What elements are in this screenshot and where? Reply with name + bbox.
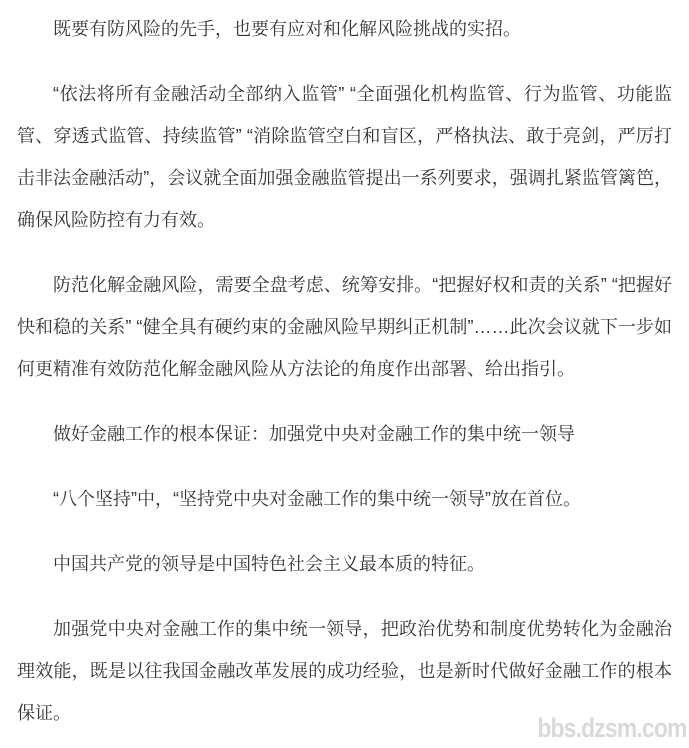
paragraph-party-leadership: 中国共产党的领导是中国特色社会主义最本质的特征。 xyxy=(17,543,672,585)
paragraph-risk-prevention: 既要有防风险的先手，也要有应对和化解风险挑战的实招。 xyxy=(17,8,672,50)
paragraph-risk-resolution: 防范化解金融风险，需要全盘考虑、统筹安排。“把握好权和责的关系” “把握好快和稳… xyxy=(17,264,672,390)
paragraph-regulation-quotes: “依法将所有金融活动全部纳入监管” “全面强化机构监管、行为监管、功能监管、穿透… xyxy=(17,73,672,241)
watermark-text: bbs.dzsm.com xyxy=(538,713,687,744)
paragraph-fundamental-guarantee-heading: 做好金融工作的根本保证：加强党中央对金融工作的集中统一领导 xyxy=(17,413,672,455)
article-body: 既要有防风险的先手，也要有应对和化解风险挑战的实招。 “依法将所有金融活动全部纳… xyxy=(0,0,689,734)
paragraph-eight-persistences: “八个坚持”中，“坚持党中央对金融工作的集中统一领导”放在首位。 xyxy=(17,478,672,520)
